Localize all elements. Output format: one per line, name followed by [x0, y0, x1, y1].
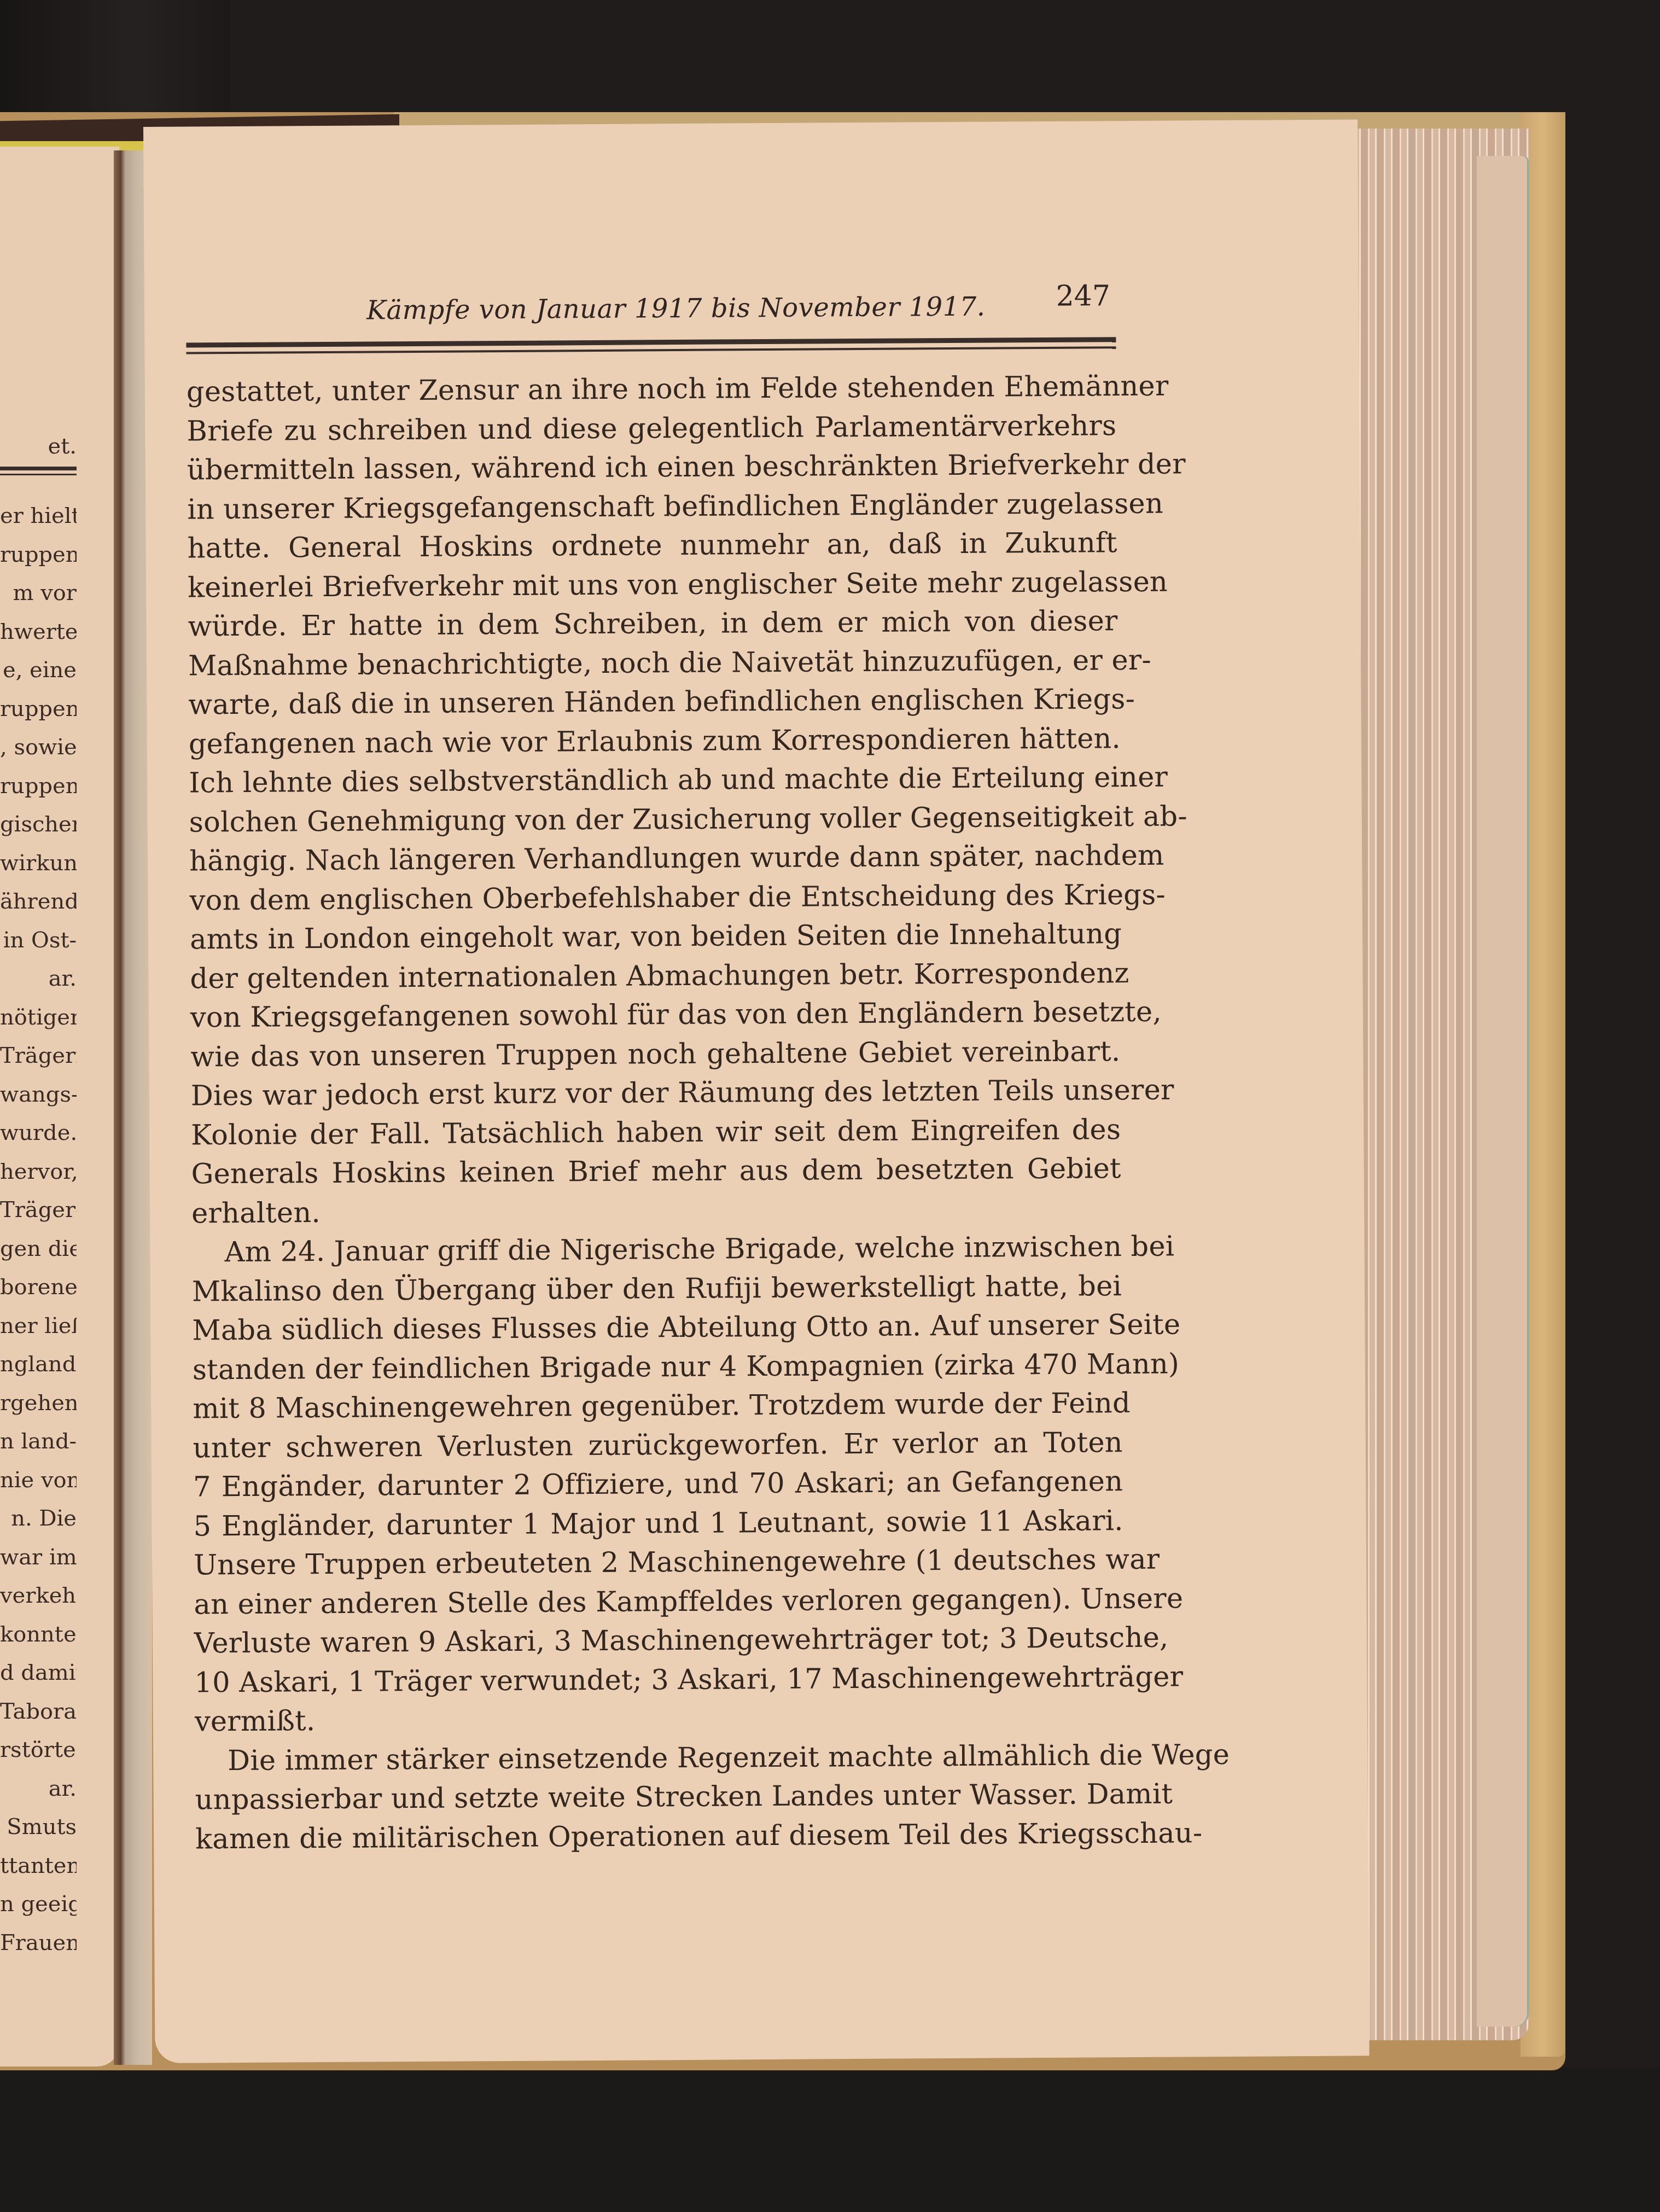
- left-line: nie von: [0, 1461, 77, 1500]
- left-line: ner ließ: [0, 1307, 77, 1346]
- left-line: Träger-: [0, 1191, 77, 1230]
- text-line: hatte. General Hoskins ordnete nunmehr a…: [187, 523, 1117, 568]
- left-line: ruppen: [0, 690, 77, 729]
- text-line: Generals Hoskins keinen Brief mehr aus d…: [191, 1149, 1121, 1194]
- left-line: n geeig-: [0, 1885, 77, 1924]
- left-line: nötigen: [0, 998, 77, 1037]
- page-stack-last-leaf: [1477, 156, 1529, 2027]
- header-rule-thin: [187, 346, 1116, 354]
- text-line: 10 Askari, 1 Träger verwundet; 3 Askari,…: [194, 1658, 1124, 1703]
- text-line-paragraph-end: erhalten.: [191, 1189, 1121, 1233]
- left-running-title-fragment: et.: [48, 434, 77, 459]
- text-line: Maßnahme benachrichtigte, noch die Naive…: [188, 641, 1118, 686]
- page-number: 247: [1056, 280, 1110, 313]
- right-page: Kämpfe von Januar 1917 bis November 1917…: [143, 119, 1370, 2063]
- left-line: gen die: [0, 1230, 77, 1268]
- running-head: Kämpfe von Januar 1917 bis November 1917…: [186, 280, 1116, 334]
- left-line: konnte.: [0, 1615, 77, 1654]
- text-line: unpassierbar und setzte weite Strecken L…: [195, 1775, 1125, 1820]
- left-line: rgehen: [0, 1384, 77, 1423]
- text-line: übermitteln lassen, während ich einen be…: [187, 445, 1117, 490]
- left-line: n. Die: [0, 1499, 77, 1538]
- left-line: ährend: [0, 882, 77, 921]
- left-line: ruppen: [0, 767, 77, 806]
- background-surface: [0, 2068, 1660, 2212]
- text-line: an einer anderen Stelle des Kampffeldes …: [194, 1580, 1123, 1625]
- left-line: Smuts: [0, 1808, 77, 1847]
- left-page: et. er hielt ruppen m vor hwerte e, eine…: [0, 147, 119, 2067]
- text-line: hängig. Nach längeren Verhandlungen wurd…: [189, 836, 1119, 881]
- text-line-paragraph-start: Am 24. Januar griff die Nigerische Briga…: [191, 1227, 1121, 1272]
- text-line: 5 Engländer, darunter 1 Major und 1 Leut…: [193, 1501, 1123, 1546]
- text-line-paragraph-end: vermißt.: [195, 1697, 1125, 1742]
- left-line: ttanten: [0, 1847, 77, 1885]
- left-line: Frauen: [0, 1924, 77, 1963]
- text-line: mit 8 Maschinengewehren gegenüber. Trotz…: [193, 1384, 1122, 1429]
- text-line: warte, daß die in unseren Händen befindl…: [188, 680, 1118, 725]
- text-line: amts in London eingeholt war, von beiden…: [190, 915, 1120, 959]
- text-line: in unserer Kriegsgefangenschaft befindli…: [187, 485, 1117, 529]
- left-line: ar.: [0, 1769, 77, 1808]
- left-line: ngland,: [0, 1345, 77, 1384]
- text-line: Mkalinso den Übergang über den Rufiji be…: [192, 1267, 1122, 1312]
- text-line: Maba südlich dieses Flusses die Abteilun…: [192, 1306, 1122, 1351]
- text-line: Verluste waren 9 Askari, 3 Maschinengewe…: [194, 1619, 1124, 1663]
- left-line: Tabora: [0, 1692, 77, 1731]
- text-line: solchen Genehmigung von der Zusicherung …: [189, 798, 1119, 842]
- left-line: hervor,: [0, 1152, 77, 1191]
- text-line: Dies war jedoch erst kurz vor der Räumun…: [191, 1071, 1121, 1116]
- text-line: standen der feindlichen Brigade nur 4 Ko…: [193, 1345, 1122, 1390]
- text-line: gestattet, unter Zensur an ihre noch im …: [187, 367, 1116, 412]
- left-line: , sowie: [0, 728, 77, 767]
- text-line: Kolonie der Fall. Tatsächlich haben wir …: [191, 1110, 1121, 1155]
- text-line: der geltenden internationalen Abmachunge…: [190, 954, 1120, 999]
- text-line: kamen die militärischen Operationen auf …: [195, 1814, 1125, 1859]
- text-line: würde. Er hatte in dem Schreiben, in dem…: [188, 602, 1117, 647]
- left-line: ruppen: [0, 535, 77, 574]
- left-line: n land-: [0, 1422, 77, 1461]
- left-line: hwerte: [0, 613, 77, 651]
- body-text: gestattet, unter Zensur an ihre noch im …: [187, 367, 1126, 1859]
- left-line-fragments: er hielt ruppen m vor hwerte e, eine rup…: [0, 497, 77, 1962]
- text-line-paragraph-start: Die immer stärker einsetzende Regenzeit …: [195, 1736, 1125, 1781]
- text-line: Unsere Truppen erbeuteten 2 Maschinengew…: [194, 1540, 1123, 1585]
- left-line: ar.: [0, 959, 77, 998]
- header-rule-thick: [186, 337, 1116, 347]
- left-header-rule-thin: [0, 474, 77, 475]
- text-line: von Kriegsgefangenen sowohl für das von …: [190, 993, 1120, 1038]
- left-line: Trägern: [0, 1037, 77, 1075]
- left-line: gischen: [0, 805, 77, 844]
- left-line: wirkung: [0, 844, 77, 883]
- left-line: wangs-: [0, 1075, 77, 1114]
- left-line: d damit: [0, 1654, 77, 1692]
- left-line: rstörten: [0, 1731, 77, 1769]
- left-line: wurde.: [0, 1114, 77, 1152]
- left-line: war im: [0, 1538, 77, 1577]
- text-line: keinerlei Briefverkehr mit uns von engli…: [188, 563, 1117, 608]
- running-title: Kämpfe von Januar 1917 bis November 1917…: [366, 292, 986, 326]
- left-line: e, eine: [0, 651, 77, 690]
- text-line: Ich lehnte dies selbstverständlich ab un…: [189, 758, 1119, 803]
- text-line: wie das von unseren Truppen noch gehalte…: [190, 1032, 1120, 1077]
- text-line: Briefe zu schreiben und diese gelegentli…: [187, 406, 1116, 451]
- left-line: borener: [0, 1268, 77, 1307]
- left-line: m vor: [0, 574, 77, 613]
- text-line: gefangenen nach wie vor Erlaubnis zum Ko…: [189, 719, 1119, 764]
- left-header-rule-thick: [0, 467, 77, 470]
- left-line: er hielt: [0, 497, 77, 535]
- left-line: verkehr: [0, 1576, 77, 1615]
- left-line: in Ost-: [0, 921, 77, 960]
- text-line: 7 Engänder, darunter 2 Offiziere, und 70…: [193, 1462, 1123, 1507]
- text-line: unter schweren Verlusten zurückgeworfen.…: [193, 1423, 1123, 1468]
- text-line: von dem englischen Oberbefehlshaber die …: [189, 876, 1119, 921]
